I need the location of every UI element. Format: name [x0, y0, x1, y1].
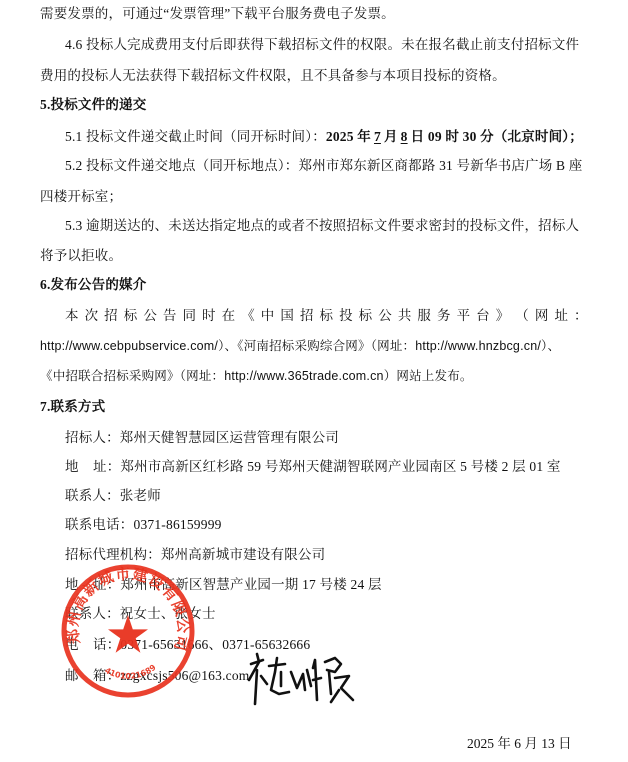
- paragraph-5-2: 5.2 投标文件递交地点（同开标地点）：郑州市郑东新区商都路 31 号新华书店广…: [65, 157, 583, 175]
- paragraph-line: 四楼开标室；: [40, 188, 122, 206]
- deadline-year: 2025 年: [326, 129, 371, 144]
- svg-text:4101021689: 4101021689: [103, 663, 158, 681]
- deadline-month-unit: 月: [384, 129, 398, 144]
- paragraph-6-spread: 本次招标公告同时在《中国招标投标公共服务平台》（网址：: [65, 307, 588, 325]
- paragraph-line: 将予以拒收。: [40, 247, 122, 265]
- deadline-label: 5.1 投标文件递交截止时间（同开标时间）：: [65, 129, 326, 144]
- company-seal-icon: 郑州高新城市建设有限公司 4101021689: [60, 563, 196, 699]
- tenderer-address: 地 址：郑州市高新区红杉路 59 号郑州天健湖智联网产业园南区 5 号楼 2 层…: [65, 458, 561, 476]
- paragraph-5-1: 5.1 投标文件递交截止时间（同开标时间）：2025 年7月8日 09 时 30…: [65, 128, 583, 146]
- paragraph-line: 需要发票的，可通过“发票管理”下载平台服务费电子发票。: [40, 5, 395, 23]
- deadline-day: 8: [398, 129, 411, 144]
- paragraph-line: 费用的投标人无法获得下载招标文件权限，且不具备参与本项目投标的资格。: [40, 67, 506, 85]
- agency-name: 招标代理机构：郑州高新城市建设有限公司: [65, 546, 325, 564]
- deadline-month: 7: [371, 129, 384, 144]
- media-links-line: http://www.cebpubservice.com/）、《河南招标采购综合…: [40, 337, 560, 355]
- tenderer-phone: 联系电话：0371-86159999: [65, 516, 222, 534]
- paragraph-4-6: 4.6 投标人完成费用支付后即获得下载招标文件的权限。未在报名截止前支付招标文件: [65, 36, 579, 54]
- section-heading-6: 6.发布公告的媒介: [40, 276, 146, 294]
- tenderer-name: 招标人：郑州天健智慧园区运营管理有限公司: [65, 429, 339, 447]
- media-links-line: 《中招联合招标采购网》（网址：http://www.365trade.com.c…: [40, 367, 473, 385]
- paragraph-5-3: 5.3 逾期送达的、未送达指定地点的或者不按照招标文件要求密封的投标文件，招标人: [65, 217, 579, 235]
- section-heading-7: 7.联系方式: [40, 398, 105, 416]
- document-date: 2025 年 6 月 13 日: [467, 732, 572, 752]
- section-heading-5: 5.投标文件的递交: [40, 96, 146, 114]
- tenderer-contact: 联系人：张老师: [65, 487, 161, 505]
- deadline-time: 日 09 时 30 分（北京时间）；: [411, 129, 583, 144]
- signature-image: [245, 650, 357, 710]
